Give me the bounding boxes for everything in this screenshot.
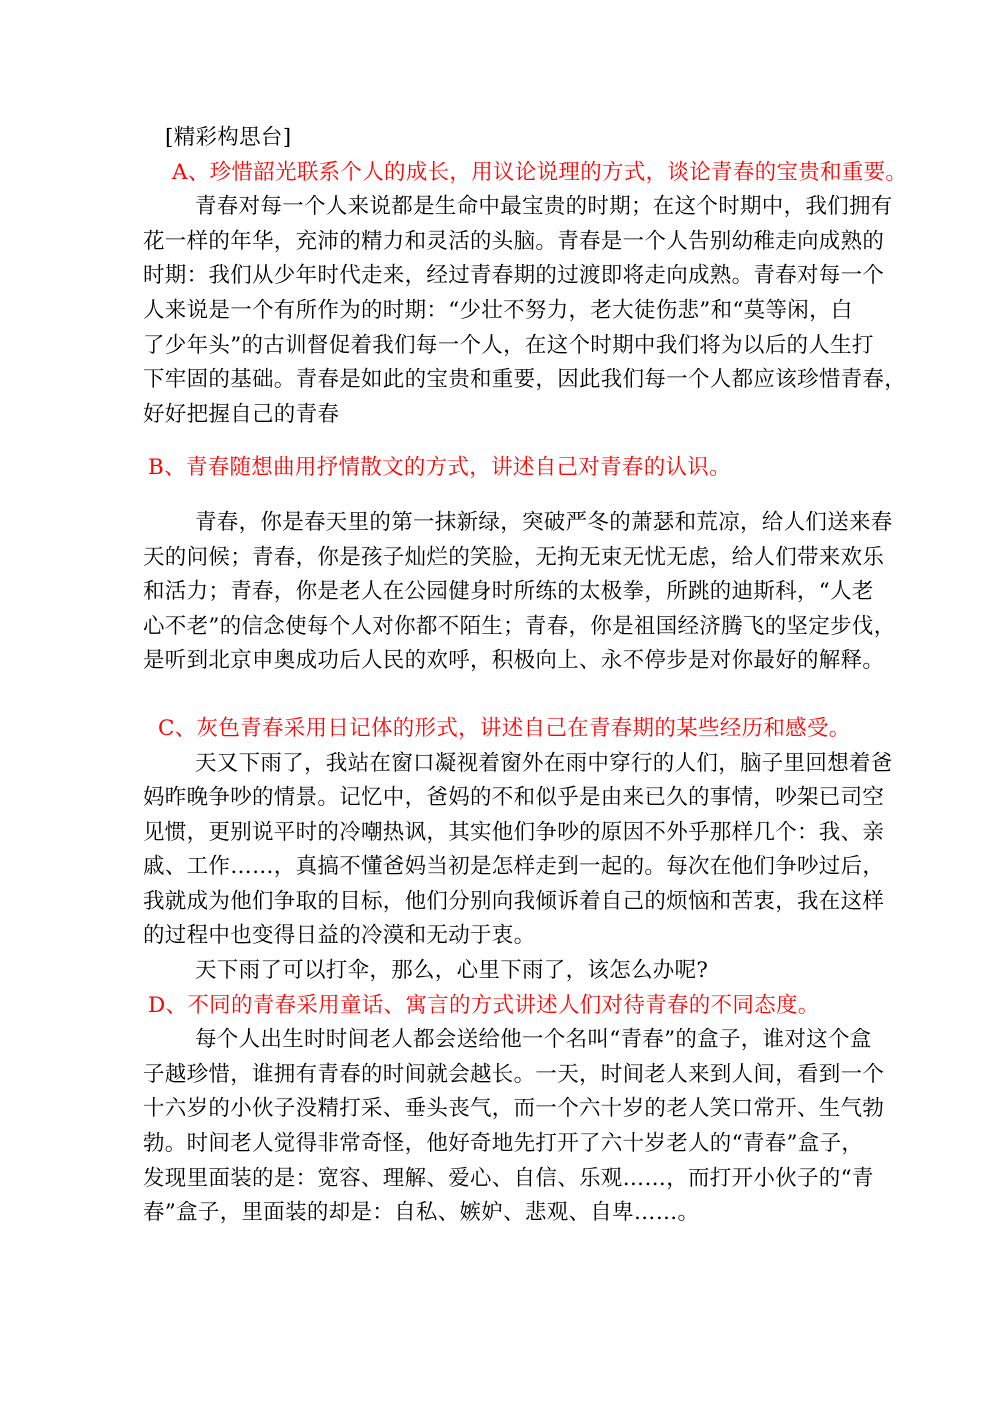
page-title: [精彩构思台] [143,121,933,156]
paragraph-c-line: 我就成为他们争取的目标，他们分别向我倾诉着自己的烦恼和苦衷，我在这样 [143,885,933,920]
paragraph-c-line: 妈昨晚争吵的情景。记忆中，爸妈的不和似乎是由来已久的事情，吵架已司空 [143,781,933,816]
paragraph-d-line: 十六岁的小伙子没精打采、垂头丧气，而一个六十岁的老人笑口常开、生气勃 [143,1092,933,1127]
option-heading-b: B、青春随想曲用抒情散文的方式，讲述自己对青春的认识。 [143,451,933,486]
paragraph-d-line: 每个人出生时时间老人都会送给他一个名叫“青春”的盒子，谁对这个盒 [143,1023,933,1058]
paragraph-a-line: 了少年头”的古训督促着我们每一个人，在这个时期中我们将为以后的人生打 [143,329,933,364]
paragraph-b-line: 是听到北京申奥成功后人民的欢呼，积极向上、永不停步是对你最好的解释。 [143,644,933,679]
paragraph-c-line: 见惯，更别说平时的冷嘲热讽，其实他们争吵的原因不外乎那样几个：我、亲 [143,816,933,851]
paragraph-c-line: 的过程中也变得日益的冷漠和无动于衷。 [143,919,933,954]
paragraph-a-line: 花一样的年华，充沛的精力和灵活的头脑。青春是一个人告别幼稚走向成熟的 [143,225,933,260]
paragraph-b-line: 天的问候；青春，你是孩子灿烂的笑脸，无拘无束无忧无虑，给人们带来欢乐 [143,541,933,576]
paragraph-b-line: 青春，你是春天里的第一抹新绿，突破严冬的萧瑟和荒凉，给人们送来春 [143,506,933,541]
paragraph-a-line: 人来说是一个有所作为的时期：“少壮不努力，老大徒伤悲”和“莫等闲，白 [143,294,933,329]
paragraph-d-line: 发现里面装的是：宽容、理解、爱心、自信、乐观……，而打开小伙子的“青 [143,1162,933,1197]
paragraph-b-line: 心不老”的信念使每个人对你都不陌生；青春，你是祖国经济腾飞的坚定步伐， [143,610,933,645]
option-heading-c: C、灰色青春采用日记体的形式，讲述自己在青春期的某些经历和感受。 [143,712,933,747]
document-page: [精彩构思台] A、珍惜韶光联系个人的成长，用议论说理的方式，谈论青春的宝贵和重… [0,0,993,1404]
paragraph-a-line: 好好把握自己的青春 [143,398,933,433]
paragraph-c-line: 戚、工作……，真搞不懂爸妈当初是怎样走到一起的。每次在他们争吵过后， [143,850,933,885]
paragraph-a-line: 青春对每一个人来说都是生命中最宝贵的时期；在这个时期中，我们拥有 [143,190,933,225]
paragraph-b-line: 和活力；青春，你是老人在公园健身时所练的太极拳，所跳的迪斯科，“人老 [143,575,933,610]
paragraph-a-line: 时期：我们从少年时代走来，经过青春期的过渡即将走向成熟。青春对每一个 [143,259,933,294]
document-body: [精彩构思台] A、珍惜韶光联系个人的成长，用议论说理的方式，谈论青春的宝贵和重… [143,121,933,1231]
paragraph-a-line: 下牢固的基础。青春是如此的宝贵和重要，因此我们每一个人都应该珍惜青春， [143,363,933,398]
paragraph-c-line: 天又下雨了，我站在窗口凝视着窗外在雨中穿行的人们，脑子里回想着爸 [143,747,933,782]
paragraph-d-line: 勃。时间老人觉得非常奇怪，他好奇地先打开了六十岁老人的“青春”盒子， [143,1127,933,1162]
option-heading-a: A、珍惜韶光联系个人的成长，用议论说理的方式，谈论青春的宝贵和重要。 [143,156,933,191]
document-lines: A、珍惜韶光联系个人的成长，用议论说理的方式，谈论青春的宝贵和重要。青春对每一个… [143,156,933,1231]
paragraph-c-line: 天下雨了可以打伞，那么，心里下雨了，该怎么办呢? [143,954,933,989]
option-heading-d: D、不同的青春采用童话、寓言的方式讲述人们对待青春的不同态度。 [143,989,933,1024]
paragraph-d-line: 春”盒子，里面装的却是：自私、嫉妒、悲观、自卑……。 [143,1196,933,1231]
paragraph-d-line: 子越珍惜，谁拥有青春的时间就会越长。一天，时间老人来到人间，看到一个 [143,1058,933,1093]
